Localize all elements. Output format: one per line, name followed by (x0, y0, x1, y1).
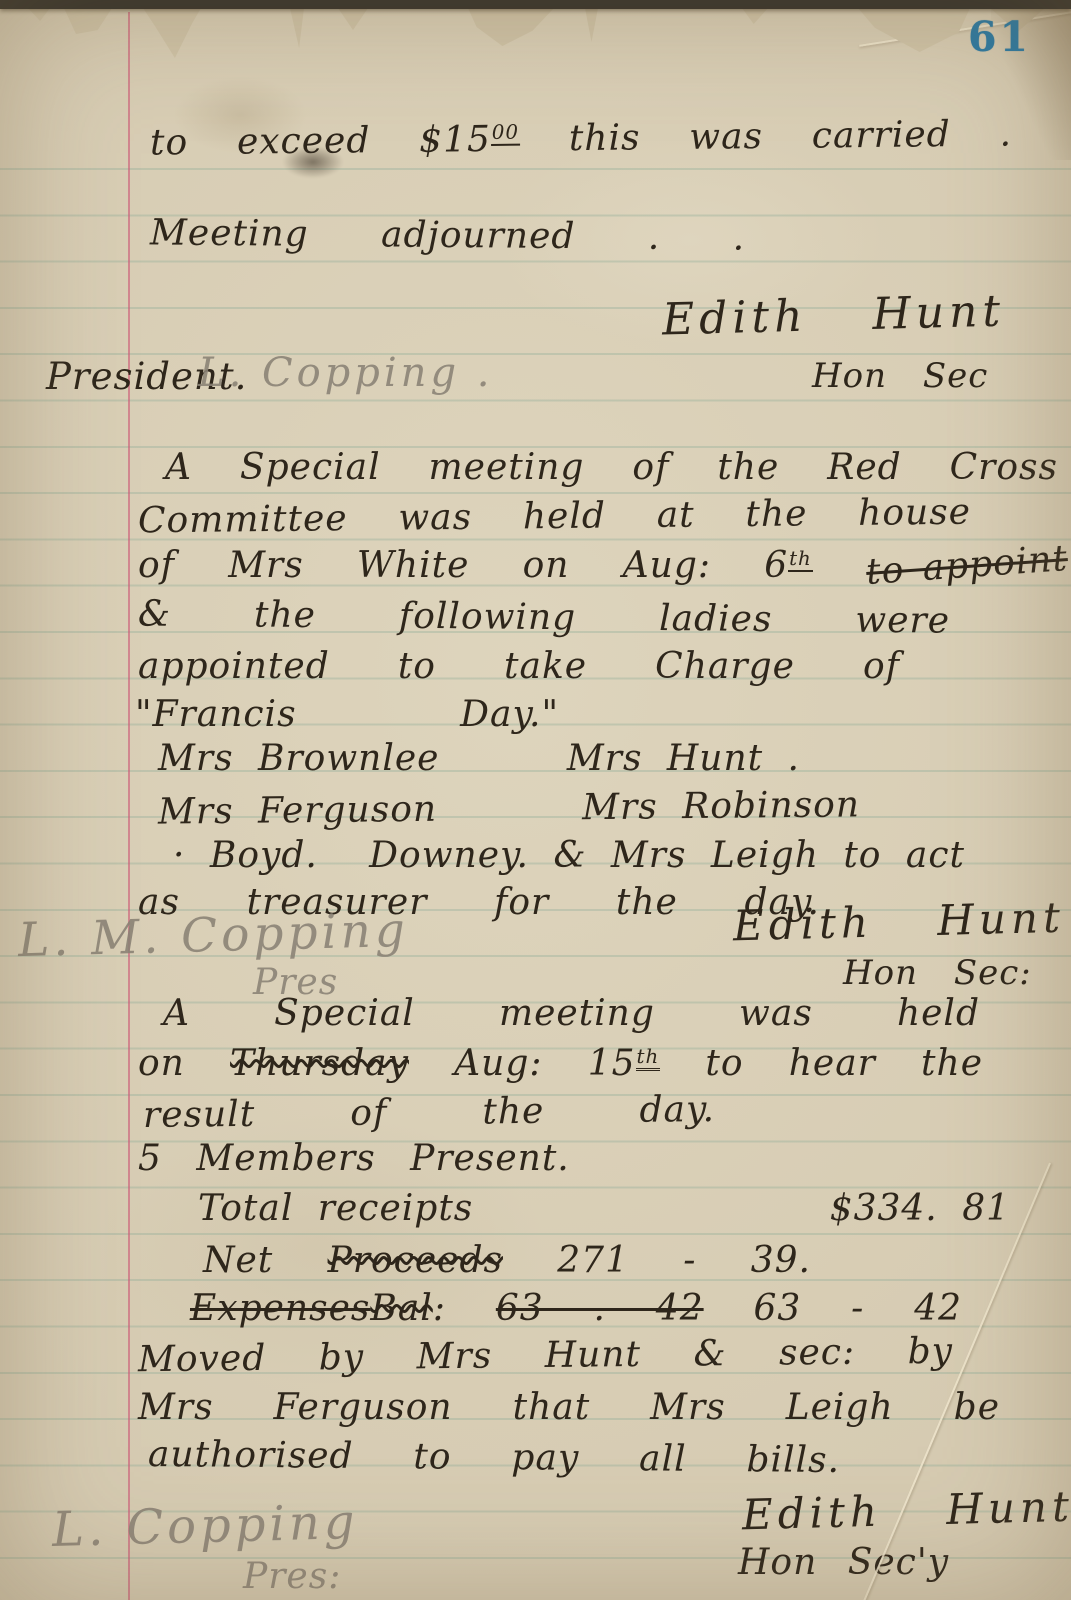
margin-line (128, 12, 130, 1600)
torn-paper-fragment (64, 8, 112, 34)
name-right: Mrs Robinson (582, 784, 860, 828)
signature-president: L. M. Copping (17, 903, 409, 968)
minutes-line: on Thursday Aug: 15th to hear the (138, 1043, 983, 1084)
torn-paper-fragment (585, 8, 598, 42)
minutes-line: Moved by Mrs Hunt & sec: by (138, 1331, 953, 1381)
signature-secretary-title: Hon Sec (812, 356, 988, 396)
net-value: 271 - 39. (557, 1240, 811, 1281)
struck-text: Expenses (190, 1288, 370, 1329)
torn-paper-fragment (143, 8, 201, 58)
text-segment: on (138, 1043, 185, 1084)
text-segment: Aug: 15 (454, 1043, 635, 1084)
signature-secretary: Edith Hunt (741, 1482, 1071, 1540)
torn-paper-fragment (858, 8, 970, 52)
struck-text: Thursday (230, 1043, 409, 1084)
torn-paper-fragment (28, 8, 50, 21)
net-proceeds-line: Net Proceeds 271 - 39. (203, 1240, 811, 1281)
ordinal-suffix: th (788, 547, 813, 572)
committee-names-row: Mrs Ferguson Mrs Robinson (158, 784, 860, 832)
text-segment: to hear the (705, 1043, 983, 1084)
minutes-line: Committee was held at the house (138, 492, 971, 542)
line-motion-carried: to exceed $1500 this was carried . (150, 113, 1012, 163)
text-segment: of Mrs White on Aug: 6 (138, 545, 788, 586)
ordinal-suffix: th (636, 1045, 661, 1071)
receipts-value: $334. 81 (830, 1188, 1010, 1229)
page-number: 61 (968, 13, 1031, 61)
struck-text: Bal (370, 1288, 432, 1329)
expenses-line: ExpensesBal: 63 . 42 63 - 42 (190, 1288, 962, 1329)
name-right: Mrs Hunt . (567, 738, 800, 779)
minutes-line: authorised to pay all bills. (148, 1434, 840, 1481)
minutes-line: A Special meeting was held (163, 993, 980, 1034)
expenses-value: 63 - 42 (754, 1288, 963, 1329)
minutes-line: of Mrs White on Aug: 6th to appoint (138, 545, 1068, 586)
struck-text: to appoint (865, 538, 1069, 593)
minutes-line: appointed to take Charge of (138, 646, 900, 687)
signature-secretary-title: Hon Sec: (843, 953, 1032, 993)
name-left: Mrs Ferguson (158, 789, 437, 833)
scan-top-edge (0, 0, 1071, 9)
signature-secretary: Edith Hunt (732, 893, 1065, 951)
torn-paper-fragment (290, 8, 304, 48)
signature-president: L. Copping (51, 1494, 359, 1558)
struck-value: 63 . 42 (496, 1288, 704, 1329)
minutes-line: Mrs Ferguson that Mrs Leigh be (138, 1387, 1000, 1428)
committee-names-row: · Boyd. Downey. & Mrs Leigh to act (173, 835, 965, 876)
torn-paper-fragment (742, 8, 768, 24)
line-adjourned: Meeting adjourned . . (150, 212, 746, 258)
net-label: Net (203, 1240, 273, 1281)
signature-president: L. Copping . (198, 350, 493, 396)
torn-paper-fragment (468, 8, 554, 46)
text-segment: this was carried . (569, 113, 1013, 159)
minutes-line: & the following ladies were (138, 593, 950, 641)
torn-paper-fragment (338, 8, 368, 30)
receipts-line: Total receipts $334. 81 (198, 1188, 1010, 1229)
name-left: Mrs Brownlee (158, 738, 439, 779)
name-right: Downey. & Mrs Leigh to act (369, 835, 965, 876)
notebook-page: 61 to exceed $1500 this was carried . Me… (0, 0, 1071, 1600)
minutes-line: A Special meeting of the Red Cross (165, 447, 1058, 488)
signature-secretary: Edith Hunt (661, 286, 1005, 346)
receipts-label: Total receipts (198, 1188, 473, 1229)
amount-value: $15 (419, 119, 491, 161)
struck-text: Proceeds (328, 1240, 503, 1281)
minutes-line: 5 Members Present. (138, 1138, 570, 1179)
committee-names-row: Mrs Brownlee Mrs Hunt . (158, 738, 800, 779)
minutes-line: result of the day. (143, 1089, 715, 1136)
signature-secretary-title: Hon Sec'y (738, 1542, 949, 1583)
name-left: · Boyd. (173, 835, 318, 876)
amount-cents: 00 (491, 121, 520, 146)
signature-president-title: Pres: (243, 1556, 341, 1597)
text-segment: to exceed (150, 120, 371, 163)
text-segment: : (433, 1288, 446, 1329)
minutes-line: "Francis Day." (135, 694, 559, 735)
